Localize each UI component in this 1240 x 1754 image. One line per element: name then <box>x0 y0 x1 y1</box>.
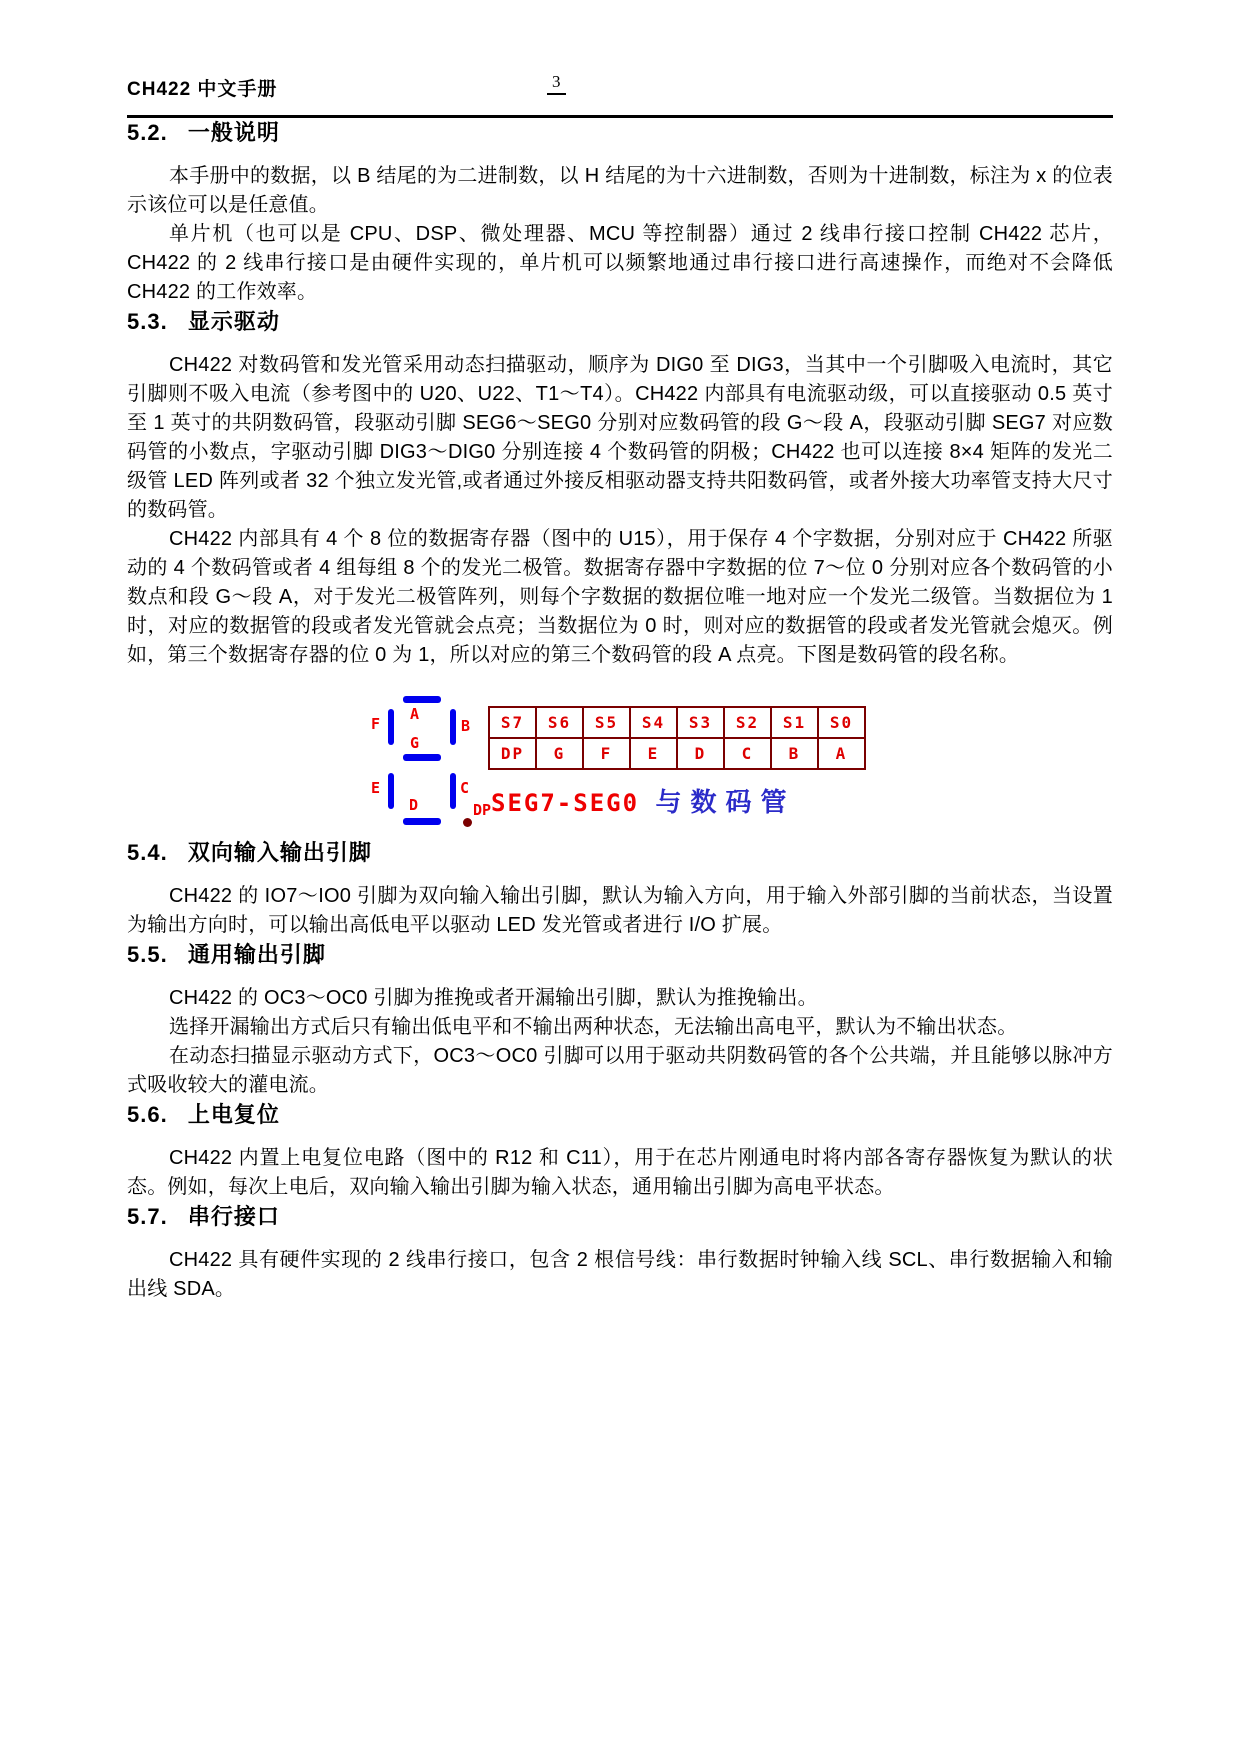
section-title: 串行接口 <box>188 1204 280 1229</box>
table-cell: DP <box>489 738 536 769</box>
paragraph: CH422 的 IO7～IO0 引脚为双向输入输出引脚，默认为输入方向，用于输入… <box>127 882 1113 940</box>
figure-caption-text: 与数码管 <box>656 787 796 817</box>
seven-segment-figure: A F B G E C D DP S7 S6 S5 S4 S3 S2 S1 S0 <box>339 696 1113 838</box>
segment-e-bar <box>388 773 394 809</box>
figure-caption: SEG7-SEG0 与数码管 <box>491 782 871 819</box>
segment-b-bar <box>450 709 456 745</box>
page-number: 3 <box>547 72 566 95</box>
paragraph: CH422 的 OC3～OC0 引脚为推挽或者开漏输出引脚，默认为推挽输出。 <box>127 984 1113 1013</box>
section-title: 一般说明 <box>188 120 280 145</box>
table-cell: A <box>818 738 865 769</box>
table-cell: S1 <box>771 707 818 738</box>
section-heading: 5.4. 双向输入输出引脚 <box>127 838 1113 868</box>
section-number: 5.4. <box>127 840 168 865</box>
segment-a-label: A <box>410 707 419 722</box>
section-title: 通用输出引脚 <box>188 942 326 967</box>
table-row-bits: S7 S6 S5 S4 S3 S2 S1 S0 <box>489 707 865 738</box>
segment-f-bar <box>388 709 394 745</box>
segment-dp-label: DP <box>473 803 491 818</box>
paragraph: 在动态扫描显示驱动方式下，OC3～OC0 引脚可以用于驱动共阴数码管的各个公共端… <box>127 1042 1113 1100</box>
segment-d-bar <box>403 818 441 825</box>
table-cell: S0 <box>818 707 865 738</box>
segment-mapping-table: S7 S6 S5 S4 S3 S2 S1 S0 DP G F E D C B <box>488 706 866 770</box>
section-5-6-power-on-reset: 5.6. 上电复位 CH422 内置上电复位电路（图中的 R12 和 C11），… <box>127 1100 1113 1202</box>
section-heading: 5.3. 显示驱动 <box>127 307 1113 337</box>
section-number: 5.3. <box>127 309 168 334</box>
section-heading: 5.6. 上电复位 <box>127 1100 1113 1130</box>
section-heading: 5.7. 串行接口 <box>127 1202 1113 1232</box>
table-cell: C <box>724 738 771 769</box>
table-cell: F <box>583 738 630 769</box>
section-5-4-bidirectional-io-pins: 5.4. 双向输入输出引脚 CH422 的 IO7～IO0 引脚为双向输入输出引… <box>127 838 1113 940</box>
section-title: 上电复位 <box>188 1102 280 1127</box>
document-page: CH422 中文手册 3 5.2. 一般说明 本手册中的数据，以 B 结尾的为二… <box>0 0 1240 1754</box>
section-5-7-serial-interface: 5.7. 串行接口 CH422 具有硬件实现的 2 线串行接口，包含 2 根信号… <box>127 1202 1113 1304</box>
segment-c-bar <box>450 773 456 809</box>
segment-e-label: E <box>371 781 380 796</box>
section-number: 5.2. <box>127 120 168 145</box>
segment-g-bar <box>403 754 441 761</box>
paragraph: 选择开漏输出方式后只有输出低电平和不输出两种状态，无法输出高电平，默认为不输出状… <box>127 1013 1113 1042</box>
page-header: CH422 中文手册 3 <box>127 0 1113 102</box>
document-title: CH422 中文手册 <box>127 79 277 100</box>
table-cell: S4 <box>630 707 677 738</box>
table-cell: B <box>771 738 818 769</box>
segment-c-label: C <box>460 781 469 796</box>
segment-d-label: D <box>409 798 418 813</box>
table-cell: E <box>630 738 677 769</box>
section-heading: 5.5. 通用输出引脚 <box>127 940 1113 970</box>
section-number: 5.6. <box>127 1102 168 1127</box>
paragraph: CH422 内部具有 4 个 8 位的数据寄存器（图中的 U15），用于保存 4… <box>127 525 1113 670</box>
paragraph: 单片机（也可以是 CPU、DSP、微处理器、MCU 等控制器）通过 2 线串行接… <box>127 220 1113 307</box>
segment-b-label: B <box>461 719 470 734</box>
section-5-2-general-description: 5.2. 一般说明 本手册中的数据，以 B 结尾的为二进制数，以 H 结尾的为十… <box>127 118 1113 307</box>
figure-caption-seg-range: SEG7-SEG0 <box>491 789 639 817</box>
segment-g-label: G <box>410 736 419 751</box>
table-cell: S7 <box>489 707 536 738</box>
table-cell: S6 <box>536 707 583 738</box>
table-cell: D <box>677 738 724 769</box>
table-cell: S5 <box>583 707 630 738</box>
table-row-segments: DP G F E D C B A <box>489 738 865 769</box>
decimal-point-dot <box>463 818 472 827</box>
paragraph: CH422 对数码管和发光管采用动态扫描驱动，顺序为 DIG0 至 DIG3，当… <box>127 351 1113 525</box>
paragraph: CH422 内置上电复位电路（图中的 R12 和 C11），用于在芯片刚通电时将… <box>127 1144 1113 1202</box>
table-cell: G <box>536 738 583 769</box>
section-number: 5.7. <box>127 1204 168 1229</box>
section-5-3-display-driver: 5.3. 显示驱动 CH422 对数码管和发光管采用动态扫描驱动，顺序为 DIG… <box>127 307 1113 838</box>
paragraph: 本手册中的数据，以 B 结尾的为二进制数，以 H 结尾的为十六进制数，否则为十进… <box>127 162 1113 220</box>
segment-f-label: F <box>371 717 380 732</box>
section-heading: 5.2. 一般说明 <box>127 118 1113 148</box>
table-cell: S3 <box>677 707 724 738</box>
paragraph: CH422 具有硬件实现的 2 线串行接口，包含 2 根信号线：串行数据时钟输入… <box>127 1246 1113 1304</box>
table-cell: S2 <box>724 707 771 738</box>
section-5-5-general-output-pins: 5.5. 通用输出引脚 CH422 的 OC3～OC0 引脚为推挽或者开漏输出引… <box>127 940 1113 1100</box>
section-title: 双向输入输出引脚 <box>188 840 372 865</box>
section-number: 5.5. <box>127 942 168 967</box>
section-title: 显示驱动 <box>188 309 280 334</box>
segment-a-bar <box>403 696 441 703</box>
